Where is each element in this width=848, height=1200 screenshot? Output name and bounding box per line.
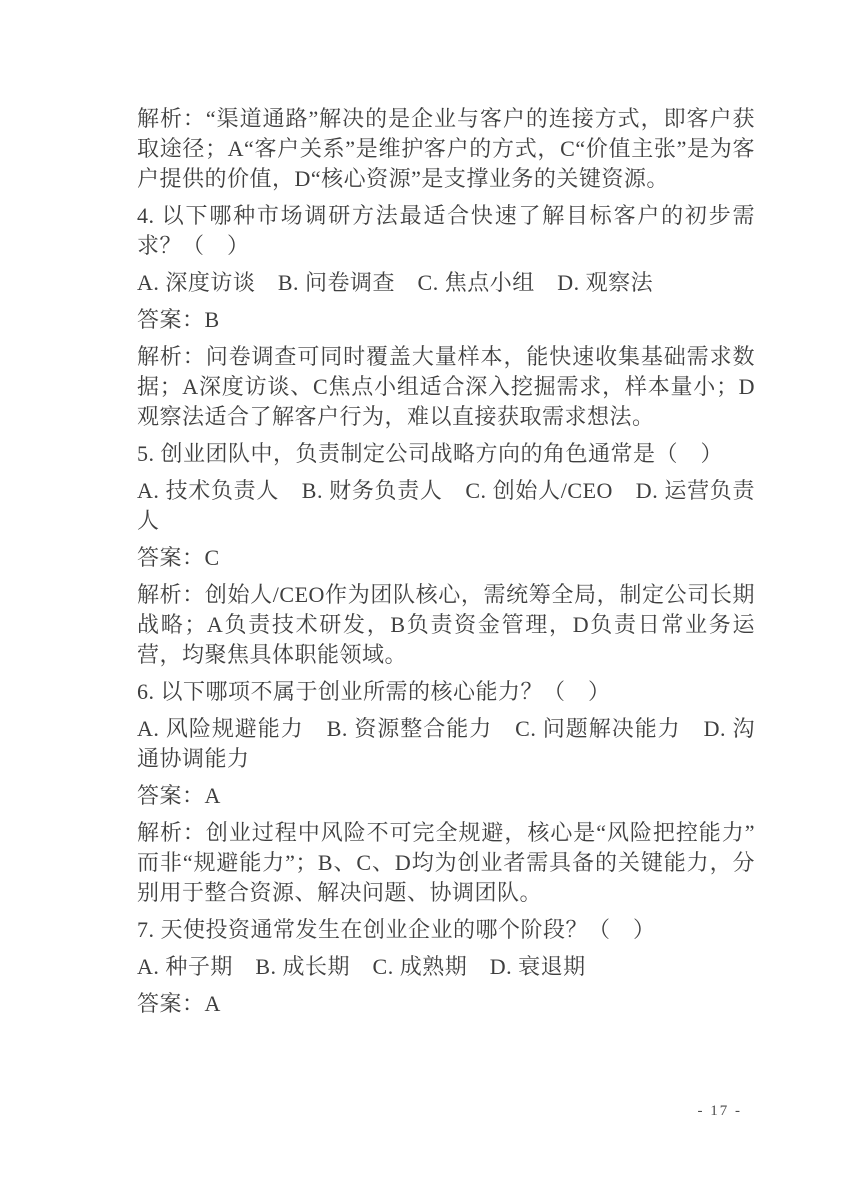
paragraph-options: A. 技术负责人 B. 财务负责人 C. 创始人/CEO D. 运营负责人 bbox=[137, 476, 755, 536]
paragraph-answer: 答案：A bbox=[137, 989, 755, 1019]
paragraph-question: 4. 以下哪种市场调研方法最适合快速了解目标客户的初步需求？（ ） bbox=[137, 201, 755, 261]
paragraph-question: 7. 天使投资通常发生在创业企业的哪个阶段？（ ） bbox=[137, 915, 755, 945]
paragraph-question: 6. 以下哪项不属于创业所需的核心能力？（ ） bbox=[137, 677, 755, 707]
paragraph-explanation: 解析：“渠道通路”解决的是企业与客户的连接方式，即客户获取途径；A“客户关系”是… bbox=[137, 104, 755, 194]
paragraph-question: 5. 创业团队中，负责制定公司战略方向的角色通常是（ ） bbox=[137, 439, 755, 469]
paragraph-explanation: 解析：创始人/CEO作为团队核心，需统筹全局，制定公司长期战略；A负责技术研发，… bbox=[137, 580, 755, 670]
paragraph-explanation: 解析：创业过程中风险不可完全规避，核心是“风险把控能力”而非“规避能力”；B、C… bbox=[137, 818, 755, 908]
paragraph-explanation: 解析：问卷调查可同时覆盖大量样本，能快速收集基础需求数据；A深度访谈、C焦点小组… bbox=[137, 342, 755, 432]
page-number: - 17 - bbox=[698, 1100, 743, 1122]
paragraph-options: A. 深度访谈 B. 问卷调查 C. 焦点小组 D. 观察法 bbox=[137, 268, 755, 298]
document-page: 解析：“渠道通路”解决的是企业与客户的连接方式，即客户获取途径；A“客户关系”是… bbox=[0, 0, 848, 1200]
paragraph-options: A. 种子期 B. 成长期 C. 成熟期 D. 衰退期 bbox=[137, 952, 755, 982]
paragraph-options: A. 风险规避能力 B. 资源整合能力 C. 问题解决能力 D. 沟通协调能力 bbox=[137, 714, 755, 774]
paragraph-answer: 答案：B bbox=[137, 305, 755, 335]
paragraph-answer: 答案：C bbox=[137, 543, 755, 573]
document-body: 解析：“渠道通路”解决的是企业与客户的连接方式，即客户获取途径；A“客户关系”是… bbox=[137, 104, 755, 1019]
paragraph-answer: 答案：A bbox=[137, 781, 755, 811]
